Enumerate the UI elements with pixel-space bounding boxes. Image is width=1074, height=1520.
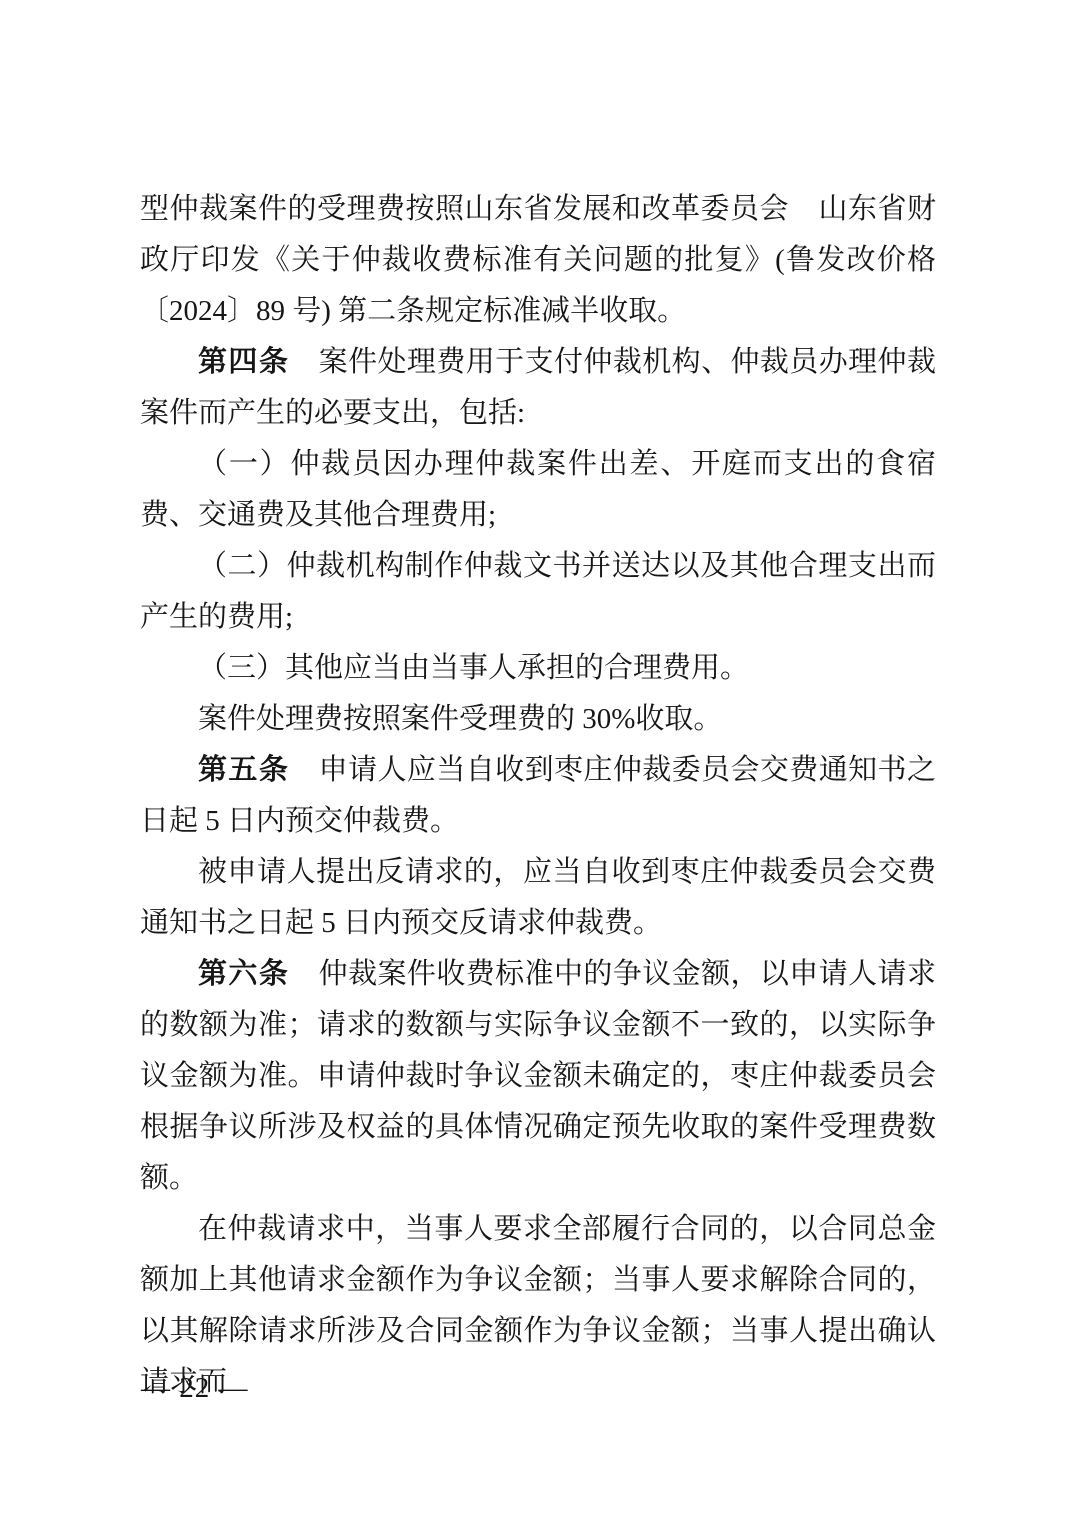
paragraph-text: 案件处理费按照案件受理费的 30%收取。 [198,703,722,735]
article-number: 第五条 [198,754,289,786]
paragraph-article-6: 第六条 仲裁案件收费标准中的争议金额，以申请人请求的数额为准；请求的数额与实际争… [140,949,936,1204]
paragraph-text: 在仲裁请求中，当事人要求全部履行合同的，以合同总金额加上其他请求金额作为争议金额… [140,1213,936,1398]
article-number: 第六条 [198,958,289,990]
paragraph-item-1: （一）仲裁员因办理仲裁案件出差、开庭而支出的食宿费、交通费及其他合理费用; [140,439,936,541]
article-number: 第四条 [198,346,289,378]
paragraph-text: 被申请人提出反请求的，应当自收到枣庄仲裁委员会交费通知书之日起 5 日内预交反请… [140,856,936,939]
paragraph-text: 型仲裁案件的受理费按照山东省发展和改革委员会 山东省财政厅印发《关于仲裁收费标准… [140,193,936,327]
paragraph: 在仲裁请求中，当事人要求全部履行合同的，以合同总金额加上其他请求金额作为争议金额… [140,1204,936,1408]
paragraph-text: （二）仲裁机构制作仲裁文书并送达以及其他合理支出而产生的费用; [140,550,936,633]
document-page: 型仲裁案件的受理费按照山东省发展和改革委员会 山东省财政厅印发《关于仲裁收费标准… [0,0,1074,1520]
paragraph-text: （一）仲裁员因办理仲裁案件出差、开庭而支出的食宿费、交通费及其他合理费用; [140,448,936,531]
paragraph-text: （三）其他应当由当事人承担的合理费用。 [198,652,749,684]
paragraph-article-4: 第四条 案件处理费用于支付仲裁机构、仲裁员办理仲裁案件而产生的必要支出，包括: [140,337,936,439]
paragraph: 被申请人提出反请求的，应当自收到枣庄仲裁委员会交费通知书之日起 5 日内预交反请… [140,847,936,949]
paragraph: 案件处理费按照案件受理费的 30%收取。 [140,694,936,745]
document-body: 型仲裁案件的受理费按照山东省发展和改革委员会 山东省财政厅印发《关于仲裁收费标准… [140,184,936,1408]
paragraph-text: 仲裁案件收费标准中的争议金额，以申请人请求的数额为准；请求的数额与实际争议金额不… [140,958,936,1194]
paragraph-item-3: （三）其他应当由当事人承担的合理费用。 [140,643,936,694]
paragraph-item-2: （二）仲裁机构制作仲裁文书并送达以及其他合理支出而产生的费用; [140,541,936,643]
paragraph-article-5: 第五条 申请人应当自收到枣庄仲裁委员会交费通知书之日起 5 日内预交仲裁费。 [140,745,936,847]
page-number: — 22 — [141,1368,249,1408]
paragraph: 型仲裁案件的受理费按照山东省发展和改革委员会 山东省财政厅印发《关于仲裁收费标准… [140,184,936,337]
